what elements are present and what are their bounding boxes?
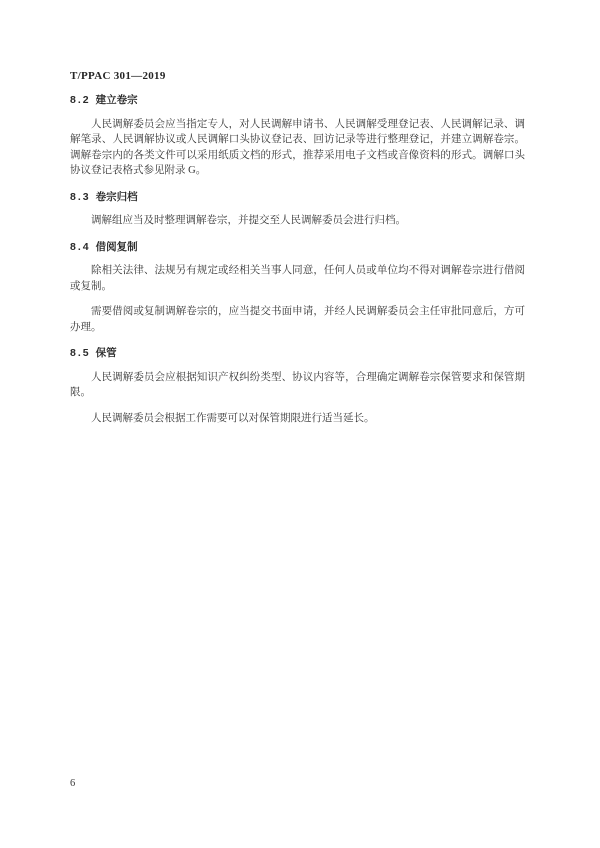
section-number: 8.5 xyxy=(70,347,91,359)
section-paragraph: 人民调解委员会应根据知识产权纠纷类型、协议内容等，合理确定调解卷宗保管要求和保管… xyxy=(70,370,525,401)
section-paragraph: 人民调解委员会应当指定专人，对人民调解申请书、人民调解受理登记表、人民调解记录、… xyxy=(70,117,525,179)
section-title: 卷宗归档 xyxy=(96,191,138,203)
document-page: T/PPAC 301—2019 8.2建立卷宗 人民调解委员会应当指定专人，对人… xyxy=(0,0,600,848)
section-number: 8.4 xyxy=(70,241,91,253)
section-paragraph: 除相关法律、法规另有规定或经相关当事人同意，任何人员或单位均不得对调解卷宗进行借… xyxy=(70,263,525,294)
section-title: 借阅复制 xyxy=(96,241,138,253)
section-paragraph: 人民调解委员会根据工作需要可以对保管期限进行适当延长。 xyxy=(70,411,525,427)
section-paragraph: 调解组应当及时整理调解卷宗，并提交至人民调解委员会进行归档。 xyxy=(70,213,525,229)
section-title: 建立卷宗 xyxy=(96,94,138,106)
section-number: 8.2 xyxy=(70,94,91,106)
section-heading-8-2: 8.2建立卷宗 xyxy=(70,95,525,107)
section-title: 保管 xyxy=(96,347,117,359)
page-number: 6 xyxy=(70,779,75,790)
section-heading-8-3: 8.3卷宗归档 xyxy=(70,192,525,204)
section-number: 8.3 xyxy=(70,191,91,203)
section-heading-8-5: 8.5保管 xyxy=(70,348,525,360)
section-paragraph: 需要借阅或复制调解卷宗的，应当提交书面申请，并经人民调解委员会主任审批同意后，方… xyxy=(70,304,525,335)
standard-code-header: T/PPAC 301—2019 xyxy=(70,71,525,82)
section-heading-8-4: 8.4借阅复制 xyxy=(70,242,525,254)
